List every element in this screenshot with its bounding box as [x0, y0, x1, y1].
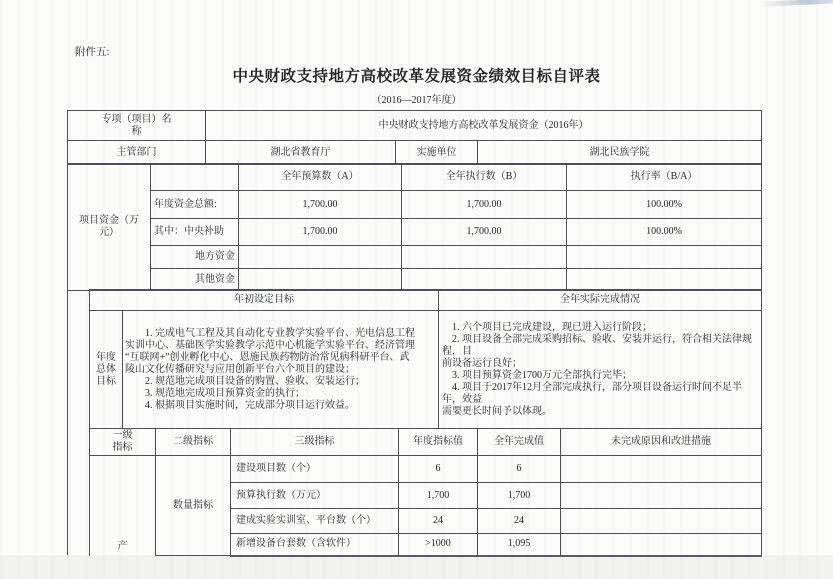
funds-rate-value: 100.00%: [567, 191, 762, 219]
indicators-col-level2: 二级指标: [156, 429, 231, 456]
scan-bottom-shade: [0, 555, 833, 579]
indicator-actual-value: 6: [478, 456, 561, 483]
project-name-label: 专项（项目）名 称: [68, 111, 206, 141]
basic-info-table: 专项（项目）名 称 中央财政支持地方高校改革发展资金（2016年） 主管部门 湖…: [67, 110, 762, 165]
indicator-actual-value: 1,095: [478, 534, 561, 556]
indicator-reason: [561, 534, 762, 556]
funds-row-label: 地方资金: [151, 246, 239, 269]
scan-artifact-streak: [759, 0, 833, 7]
table-row: 年度 总体 目标 1. 完成电气工程及其自动化专业教学实验平台、光电信息工程 实…: [90, 311, 762, 429]
goals-target-text: 1. 完成电气工程及其自动化专业教学实验平台、光电信息工程 实训中心、基础医学实…: [123, 311, 439, 429]
table-row: 地方资金: [68, 246, 762, 269]
goals-header-target: 年初设定目标: [90, 290, 439, 311]
funds-budget-value: 1,700.00: [239, 191, 402, 219]
project-funds-table: 项目资金（万 元） 全年预算数（A） 全年执行数（B） 执行率（B/A） 年度资…: [67, 163, 762, 291]
funds-budget-value: 1,700.00: [239, 219, 402, 246]
indicators-col-level3: 三级指标: [231, 429, 399, 456]
indicator-name: 新增设备台套数（含软件）: [231, 534, 399, 556]
project-name-value: 中央财政支持地方高校改革发展资金（2016年）: [206, 111, 762, 141]
indicators-col-reason: 未完成原因和改进措施: [561, 429, 762, 456]
department-value: 湖北省教育厅: [206, 141, 396, 165]
funds-budget-value: [239, 246, 402, 269]
funds-col-executed: 全年执行数（B）: [402, 164, 567, 191]
indicator-name: 建成实验实训室、平台数（个）: [231, 509, 399, 534]
goals-actual-text: 1. 六个项目已完成建设，现已进入运行阶段； 2. 项目设备全部完成采购招标、验…: [439, 311, 762, 429]
table-row: 专项（项目）名 称 中央财政支持地方高校改革发展资金（2016年）: [68, 111, 762, 141]
funds-executed-value: [402, 269, 567, 291]
indicators-col-level1: 一级 指标: [90, 429, 156, 456]
funds-rate-value: 100.00%: [567, 219, 762, 246]
indicator-target-value: 6: [399, 456, 478, 483]
table-row: 主管部门 湖北省教育厅 实施单位 湖北民族学院: [68, 141, 762, 165]
funds-rate-value: [567, 246, 762, 269]
implementing-unit-value: 湖北民族学院: [478, 141, 762, 165]
funds-rate-value: [567, 269, 762, 291]
table-row: 年初设定目标 全年实际完成情况: [90, 290, 762, 311]
indicator-name: 预算执行数（万元）: [231, 483, 399, 509]
indicator-reason: [561, 509, 762, 534]
scanned-document-page: 附件五: 中央财政支持地方高校改革发展资金绩效目标自评表 （2016—2017年…: [0, 0, 833, 579]
attachment-label: 附件五:: [75, 44, 109, 59]
goals-header-actual: 全年实际完成情况: [439, 290, 762, 311]
indicator-reason: [561, 456, 762, 483]
table-row: 一级 指标 二级指标 三级指标 年度指标值 全年完成值 未完成原因和改进措施: [90, 429, 762, 456]
indicator-actual-value: 1,700: [478, 483, 561, 509]
funds-col-rate: 执行率（B/A）: [567, 164, 762, 191]
funds-sublabel-header-empty: [151, 164, 239, 191]
indicator-level2-group: 数量指标: [156, 456, 231, 556]
table-row: 项目资金（万 元） 全年预算数（A） 全年执行数（B） 执行率（B/A）: [68, 164, 762, 191]
implementing-unit-label: 实施单位: [396, 141, 478, 165]
table-row: 其中：中央补助 1,700.00 1,700.00 100.00%: [68, 219, 762, 246]
indicator-target-value: 24: [399, 509, 478, 534]
funds-row-label: 其中：中央补助: [151, 219, 239, 246]
funds-row-label: 其他资金: [151, 269, 239, 291]
indicator-level1-partial: 产: [90, 456, 156, 556]
funds-budget-value: [239, 269, 402, 291]
indicators-col-actual: 全年完成值: [478, 429, 561, 456]
document-title: 中央财政支持地方高校改革发展资金绩效目标自评表: [0, 64, 833, 86]
indicators-table: 一级 指标 二级指标 三级指标 年度指标值 全年完成值 未完成原因和改进措施 产…: [89, 428, 762, 557]
funds-executed-value: 1,700.00: [402, 219, 567, 246]
table-row: 年度资金总额: 1,700.00 1,700.00 100.00%: [68, 191, 762, 219]
funds-executed-value: 1,700.00: [402, 191, 567, 219]
document-subtitle: （2016—2017年度）: [0, 91, 833, 106]
indicators-col-target: 年度指标值: [399, 429, 478, 456]
funds-row-label: 年度资金总额:: [151, 191, 239, 219]
funds-executed-value: [402, 246, 567, 269]
table-row: 产 数量指标 建设项目数（个） 6 6: [90, 456, 762, 483]
table-row: 其他资金: [68, 269, 762, 291]
indicator-target-value: 1,700: [399, 483, 478, 509]
indicator-actual-value: 24: [478, 509, 561, 534]
funds-section-label: 项目资金（万 元）: [68, 164, 151, 291]
indicator-target-value: >1000: [399, 534, 478, 556]
merged-side-column: [67, 290, 90, 555]
department-label: 主管部门: [68, 141, 206, 165]
annual-goals-table: 年初设定目标 全年实际完成情况 年度 总体 目标 1. 完成电气工程及其自动化专…: [89, 289, 762, 429]
indicator-name: 建设项目数（个）: [231, 456, 399, 483]
funds-col-budget: 全年预算数（A）: [239, 164, 402, 191]
indicator-reason: [561, 483, 762, 509]
goals-section-label: 年度 总体 目标: [90, 311, 123, 429]
